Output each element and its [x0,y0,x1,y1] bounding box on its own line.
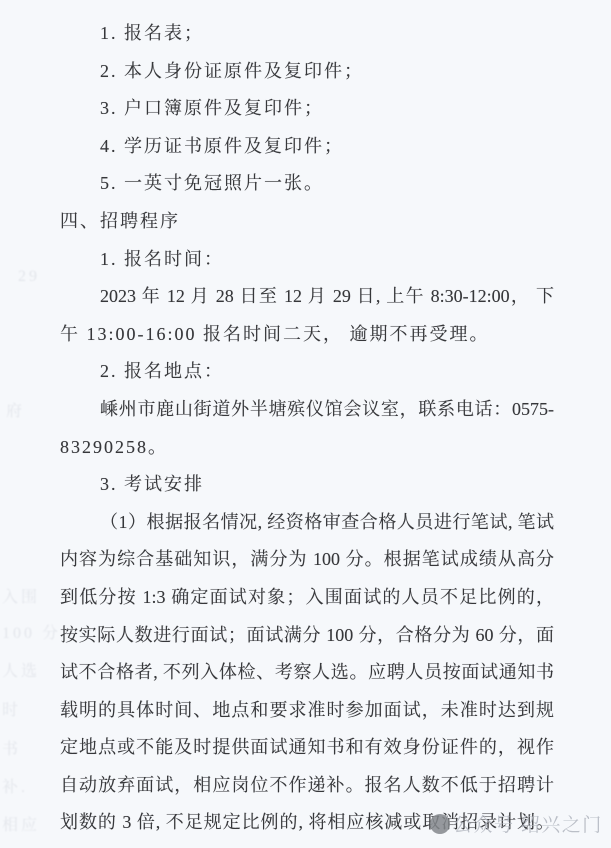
document-line: 3. 考试安排 [60,466,554,504]
document-line: 内容为综合基础知识，满分为 100 分。根据笔试成绩从高分 [60,541,554,579]
document-line: 4. 学历证书原件及复印件； [60,128,554,166]
bleed-through-fragment: 府 [6,398,25,421]
scanned-document-page: 1. 报名表； 2. 本人身份证原件及复印件； 3. 户口簿原件及复印件； 4.… [0,0,611,848]
document-line: 载明的具体时间、地点和要求准时参加面试，未准时达到规 [60,692,554,730]
bleed-through-fragment: 29 [18,268,40,286]
document-line: 2023 年 12 月 28 日至 12 月 29 日, 上午 8:30-12:… [60,278,554,316]
document-line: 定地点或不能及时提供面试通知书和有效身份证件的，视作 [60,729,554,767]
document-line: 2. 报名地点： [60,353,554,391]
document-line: 嵊州市鹿山街道外半塘殡仪馆会议室，联系电话：0575- [60,391,554,429]
document-line: 按实际人数进行面试；面试满分 100 分，合格分为 60 分，面 [60,617,554,655]
document-body: 1. 报名表； 2. 本人身份证原件及复印件； 3. 户口簿原件及复印件； 4.… [60,15,554,842]
document-line: 83290258。 [60,429,554,467]
bleed-through-fragment: 相应 [2,812,40,835]
document-line: （1）根据报名情况, 经资格审查合格人员进行笔试, 笔试 [60,504,554,542]
document-line: 试不合格者, 不列入体检、考察人选。应聘人员按面试通知书 [60,654,554,692]
document-line: 1. 报名表； [60,15,554,53]
bleed-through-fragment: 时 [2,697,21,720]
document-line: 划数的 3 倍, 不足规定比例的, 将相应核减或取消招录计划。 [60,804,554,842]
document-line: 到低分按 1:3 确定面试对象；入围面试的人员不足比例的， [60,579,554,617]
document-line: 自动放弃面试，相应岗位不作递补。报名人数不低于招聘计 [60,767,554,805]
document-line: 3. 户口簿原件及复印件； [60,90,554,128]
bleed-through-fragment: 100 分 [2,620,61,643]
document-line: 1. 报名时间： [60,241,554,279]
bleed-through-fragment: 补. [2,774,28,797]
bleed-through-fragment: 人选 [2,658,40,681]
document-line: 午 13:00-16:00 报名时间二天， 逾期不再受理。 [60,316,554,354]
bleed-through-fragment: 书 [2,736,21,759]
section-heading: 四、招聘程序 [60,203,554,241]
document-line: 5. 一英寸免冠照片一张。 [60,165,554,203]
document-line: 2. 本人身份证原件及复印件； [60,53,554,91]
bleed-through-fragment: 入围 [2,584,40,607]
